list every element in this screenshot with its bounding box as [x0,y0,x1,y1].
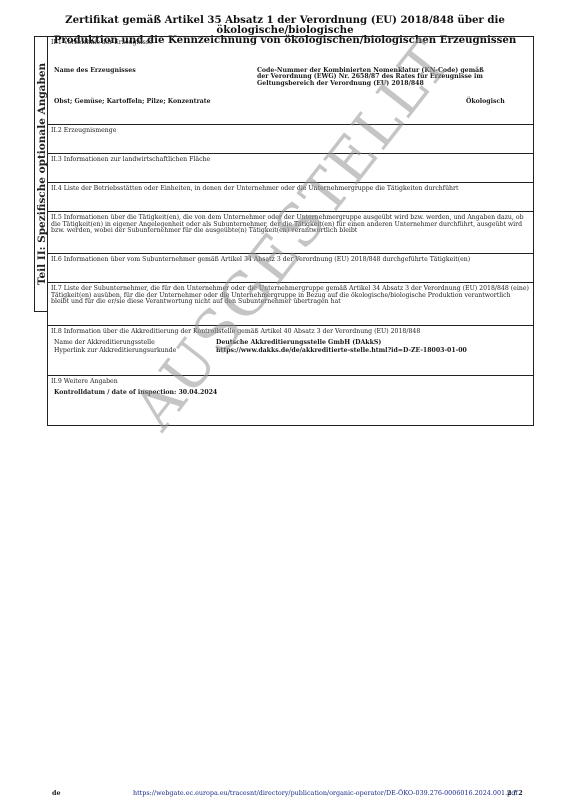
section-title: II.3 Informationen zur landwirtschaftlic… [51,157,530,164]
accreditation-body-value: Deutsche Akkreditierungsstelle GmbH (DAk… [216,340,381,347]
section-ii-3: II.3 Informationen zur landwirtschaftlic… [48,153,533,182]
section-ii-2: II.2 Erzeugnismenge [48,124,533,153]
kn-code-header: Code-Nummer der Kombinierten Nomenklatur… [257,68,487,87]
footer-url-link[interactable]: https://webgate.ec.europa.eu/tracesnt/di… [133,789,518,797]
footer-language: de [52,789,61,797]
section-title: II.5 Informationen über die Tätigkeit(en… [51,215,530,235]
footer-url-container: https://webgate.ec.europa.eu/tracesnt/di… [133,789,518,797]
section-ii-6: II.6 Informationen über vom Subunternehm… [48,253,533,282]
part-ii-label: Teil II: Spezifische optionale Angaben [36,63,48,285]
accreditation-link[interactable]: https://www.dakks.de/de/akkreditierte-st… [216,348,467,355]
part-ii-side-column: Teil II: Spezifische optionale Angaben [34,36,48,312]
accreditation-body-row: Name der Akkreditierungsstelle Deutsche … [51,340,530,347]
section-title: II.2 Erzeugnismenge [51,128,530,135]
product-status: Ökologisch [466,99,505,106]
section-title: II.4 Liste der Betriebsstätten oder Einh… [51,186,530,193]
product-name: Obst; Gemüse; Kartoffeln; Pilze; Konzent… [54,99,211,106]
section-ii-4: II.4 Liste der Betriebsstätten oder Einh… [48,182,533,211]
section-ii-1: II.1 Verzeichnis der Erzeugnisse Name de… [48,36,533,124]
certificate-table: II.1 Verzeichnis der Erzeugnisse Name de… [47,36,534,426]
page-number: 2 / 2 [507,789,523,797]
section-title: II.8 Information über die Akkreditierung… [51,329,530,336]
section-title: II.9 Weitere Angaben [51,379,530,386]
section-ii-9: II.9 Weitere Angaben Kontrolldatum / dat… [48,375,533,426]
section-ii-5: II.5 Informationen über die Tätigkeit(en… [48,211,533,253]
accreditation-body-label: Name der Akkreditierungsstelle [51,340,216,347]
product-name-header: Name des Erzeugnisses [54,68,136,75]
section-title: II.6 Informationen über vom Subunternehm… [51,257,530,264]
section-title: II.7 Liste der Subunternehmer, die für d… [51,286,530,306]
section-ii-7: II.7 Liste der Subunternehmer, die für d… [48,282,533,325]
accreditation-link-row: Hyperlink zur Akkreditierungsurkunde htt… [51,348,530,355]
section-ii-8: II.8 Information über die Akkreditierung… [48,325,533,375]
inspection-date: Kontrolldatum / date of inspection: 30.0… [51,390,530,397]
section-title: II.1 Verzeichnis der Erzeugnisse [51,40,530,47]
title-line-1: Zertifikat gemäß Artikel 35 Absatz 1 der… [0,15,570,35]
accreditation-link-label: Hyperlink zur Akkreditierungsurkunde [51,348,216,355]
